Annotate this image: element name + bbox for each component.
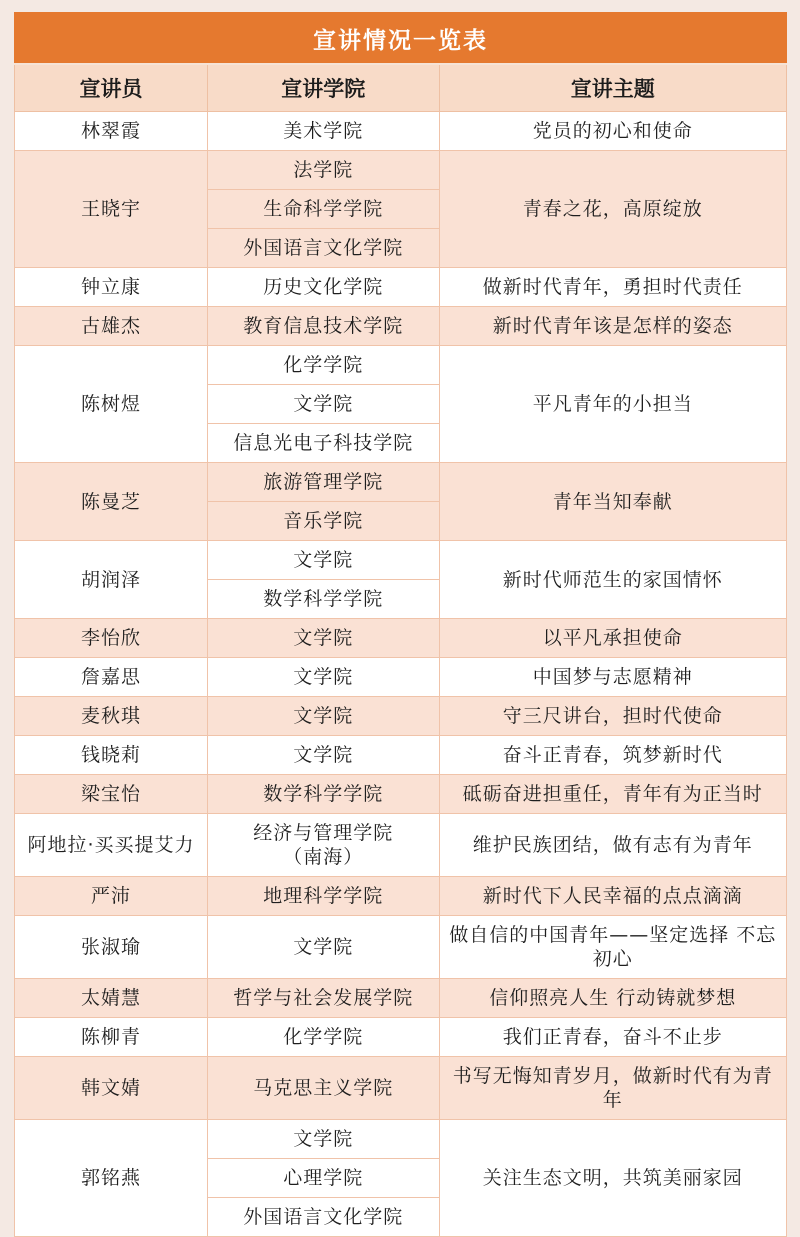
presenter-name-cell: 陈树煜 [15, 346, 208, 463]
college-cell: 外国语言文化学院 [208, 229, 440, 268]
table-row: 韩文婧马克思主义学院书写无悔知青岁月，做新时代有为青年 [15, 1057, 787, 1120]
college-cell: 文学院 [208, 385, 440, 424]
college-cell: 文学院 [208, 619, 440, 658]
topic-cell: 维护民族团结，做有志有为青年 [439, 814, 786, 877]
college-cell: 化学学院 [208, 1018, 440, 1057]
topic-cell: 守三尺讲台，担时代使命 [439, 697, 786, 736]
college-cell: 生命科学学院 [208, 190, 440, 229]
college-cell: 信息光电子科技学院 [208, 424, 440, 463]
college-cell: 文学院 [208, 658, 440, 697]
college-cell: 文学院 [208, 916, 440, 979]
college-cell: 美术学院 [208, 112, 440, 151]
table-row: 詹嘉思文学院中国梦与志愿精神 [15, 658, 787, 697]
college-cell: 文学院 [208, 697, 440, 736]
college-cell: 历史文化学院 [208, 268, 440, 307]
column-header-row: 宣讲员 宣讲学院 宣讲主题 [15, 64, 787, 112]
table-row: 钟立康历史文化学院做新时代青年，勇担时代责任 [15, 268, 787, 307]
topic-cell: 新时代青年该是怎样的姿态 [439, 307, 786, 346]
topic-cell: 做新时代青年，勇担时代责任 [439, 268, 786, 307]
presenter-name-cell: 陈曼芝 [15, 463, 208, 541]
table-row: 王晓宇法学院青春之花，高原绽放 [15, 151, 787, 190]
topic-cell: 奋斗正青春，筑梦新时代 [439, 736, 786, 775]
page-background: 宣讲情况一览表 宣讲员 宣讲学院 宣讲主题 林翠霞美术学院党员的初心和使命王晓宇… [0, 0, 800, 1191]
table-body: 林翠霞美术学院党员的初心和使命王晓宇法学院青春之花，高原绽放生命科学学院外国语言… [15, 112, 787, 1237]
college-cell: 旅游管理学院 [208, 463, 440, 502]
table-row: 林翠霞美术学院党员的初心和使命 [15, 112, 787, 151]
topic-cell: 书写无悔知青岁月，做新时代有为青年 [439, 1057, 786, 1120]
table-row: 钱晓莉文学院奋斗正青春，筑梦新时代 [15, 736, 787, 775]
table-row: 陈树煜化学学院平凡青年的小担当 [15, 346, 787, 385]
topic-cell: 青年当知奉献 [439, 463, 786, 541]
presenter-name-cell: 钟立康 [15, 268, 208, 307]
topic-cell: 做自信的中国青年——坚定选择 不忘初心 [439, 916, 786, 979]
presenter-name-cell: 王晓宇 [15, 151, 208, 268]
college-cell: 地理科学学院 [208, 877, 440, 916]
topic-cell: 关注生态文明，共筑美丽家园 [439, 1120, 786, 1237]
col-header-topic: 宣讲主题 [439, 64, 786, 112]
table-row: 古雄杰教育信息技术学院新时代青年该是怎样的姿态 [15, 307, 787, 346]
presenter-name-cell: 钱晓莉 [15, 736, 208, 775]
college-cell: 心理学院 [208, 1159, 440, 1198]
table-row: 李怡欣文学院以平凡承担使命 [15, 619, 787, 658]
college-cell: 数学科学学院 [208, 580, 440, 619]
table-row: 陈柳青化学学院我们正青春，奋斗不止步 [15, 1018, 787, 1057]
col-header-presenter: 宣讲员 [15, 64, 208, 112]
topic-cell: 新时代下人民幸福的点点滴滴 [439, 877, 786, 916]
presenter-name-cell: 张淑瑜 [15, 916, 208, 979]
topic-cell: 信仰照亮人生 行动铸就梦想 [439, 979, 786, 1018]
table-row: 郭铭燕文学院关注生态文明，共筑美丽家园 [15, 1120, 787, 1159]
college-cell: 文学院 [208, 541, 440, 580]
presenter-name-cell: 阿地拉·买买提艾力 [15, 814, 208, 877]
presenter-name-cell: 郭铭燕 [15, 1120, 208, 1237]
college-cell: 教育信息技术学院 [208, 307, 440, 346]
college-cell: 化学学院 [208, 346, 440, 385]
col-header-college: 宣讲学院 [208, 64, 440, 112]
presenter-name-cell: 麦秋琪 [15, 697, 208, 736]
topic-cell: 我们正青春，奋斗不止步 [439, 1018, 786, 1057]
presenter-name-cell: 韩文婧 [15, 1057, 208, 1120]
presenter-name-cell: 李怡欣 [15, 619, 208, 658]
topic-cell: 党员的初心和使命 [439, 112, 786, 151]
table-row: 严沛地理科学学院新时代下人民幸福的点点滴滴 [15, 877, 787, 916]
presenter-name-cell: 梁宝怡 [15, 775, 208, 814]
topic-cell: 平凡青年的小担当 [439, 346, 786, 463]
presenter-name-cell: 陈柳青 [15, 1018, 208, 1057]
topic-cell: 以平凡承担使命 [439, 619, 786, 658]
table-title: 宣讲情况一览表 [15, 13, 787, 65]
title-row: 宣讲情况一览表 [15, 13, 787, 65]
topic-cell: 青春之花，高原绽放 [439, 151, 786, 268]
college-cell: 文学院 [208, 736, 440, 775]
presenter-name-cell: 古雄杰 [15, 307, 208, 346]
college-cell: 数学科学学院 [208, 775, 440, 814]
table-row: 陈曼芝旅游管理学院青年当知奉献 [15, 463, 787, 502]
college-cell: 外国语言文化学院 [208, 1198, 440, 1237]
topic-cell: 砥砺奋进担重任，青年有为正当时 [439, 775, 786, 814]
lecture-overview-table: 宣讲情况一览表 宣讲员 宣讲学院 宣讲主题 林翠霞美术学院党员的初心和使命王晓宇… [14, 12, 787, 1237]
college-cell: 哲学与社会发展学院 [208, 979, 440, 1018]
college-cell: 经济与管理学院 （南海） [208, 814, 440, 877]
presenter-name-cell: 林翠霞 [15, 112, 208, 151]
college-cell: 法学院 [208, 151, 440, 190]
college-cell: 音乐学院 [208, 502, 440, 541]
topic-cell: 中国梦与志愿精神 [439, 658, 786, 697]
table-head: 宣讲情况一览表 宣讲员 宣讲学院 宣讲主题 [15, 13, 787, 112]
presenter-name-cell: 严沛 [15, 877, 208, 916]
table-row: 胡润泽文学院新时代师范生的家国情怀 [15, 541, 787, 580]
table-row: 梁宝怡数学科学学院砥砺奋进担重任，青年有为正当时 [15, 775, 787, 814]
topic-cell: 新时代师范生的家国情怀 [439, 541, 786, 619]
presenter-name-cell: 詹嘉思 [15, 658, 208, 697]
table-row: 麦秋琪文学院守三尺讲台，担时代使命 [15, 697, 787, 736]
table-row: 阿地拉·买买提艾力经济与管理学院 （南海）维护民族团结，做有志有为青年 [15, 814, 787, 877]
table-row: 张淑瑜文学院做自信的中国青年——坚定选择 不忘初心 [15, 916, 787, 979]
presenter-name-cell: 太婧慧 [15, 979, 208, 1018]
college-cell: 马克思主义学院 [208, 1057, 440, 1120]
presenter-name-cell: 胡润泽 [15, 541, 208, 619]
table-row: 太婧慧哲学与社会发展学院信仰照亮人生 行动铸就梦想 [15, 979, 787, 1018]
college-cell: 文学院 [208, 1120, 440, 1159]
